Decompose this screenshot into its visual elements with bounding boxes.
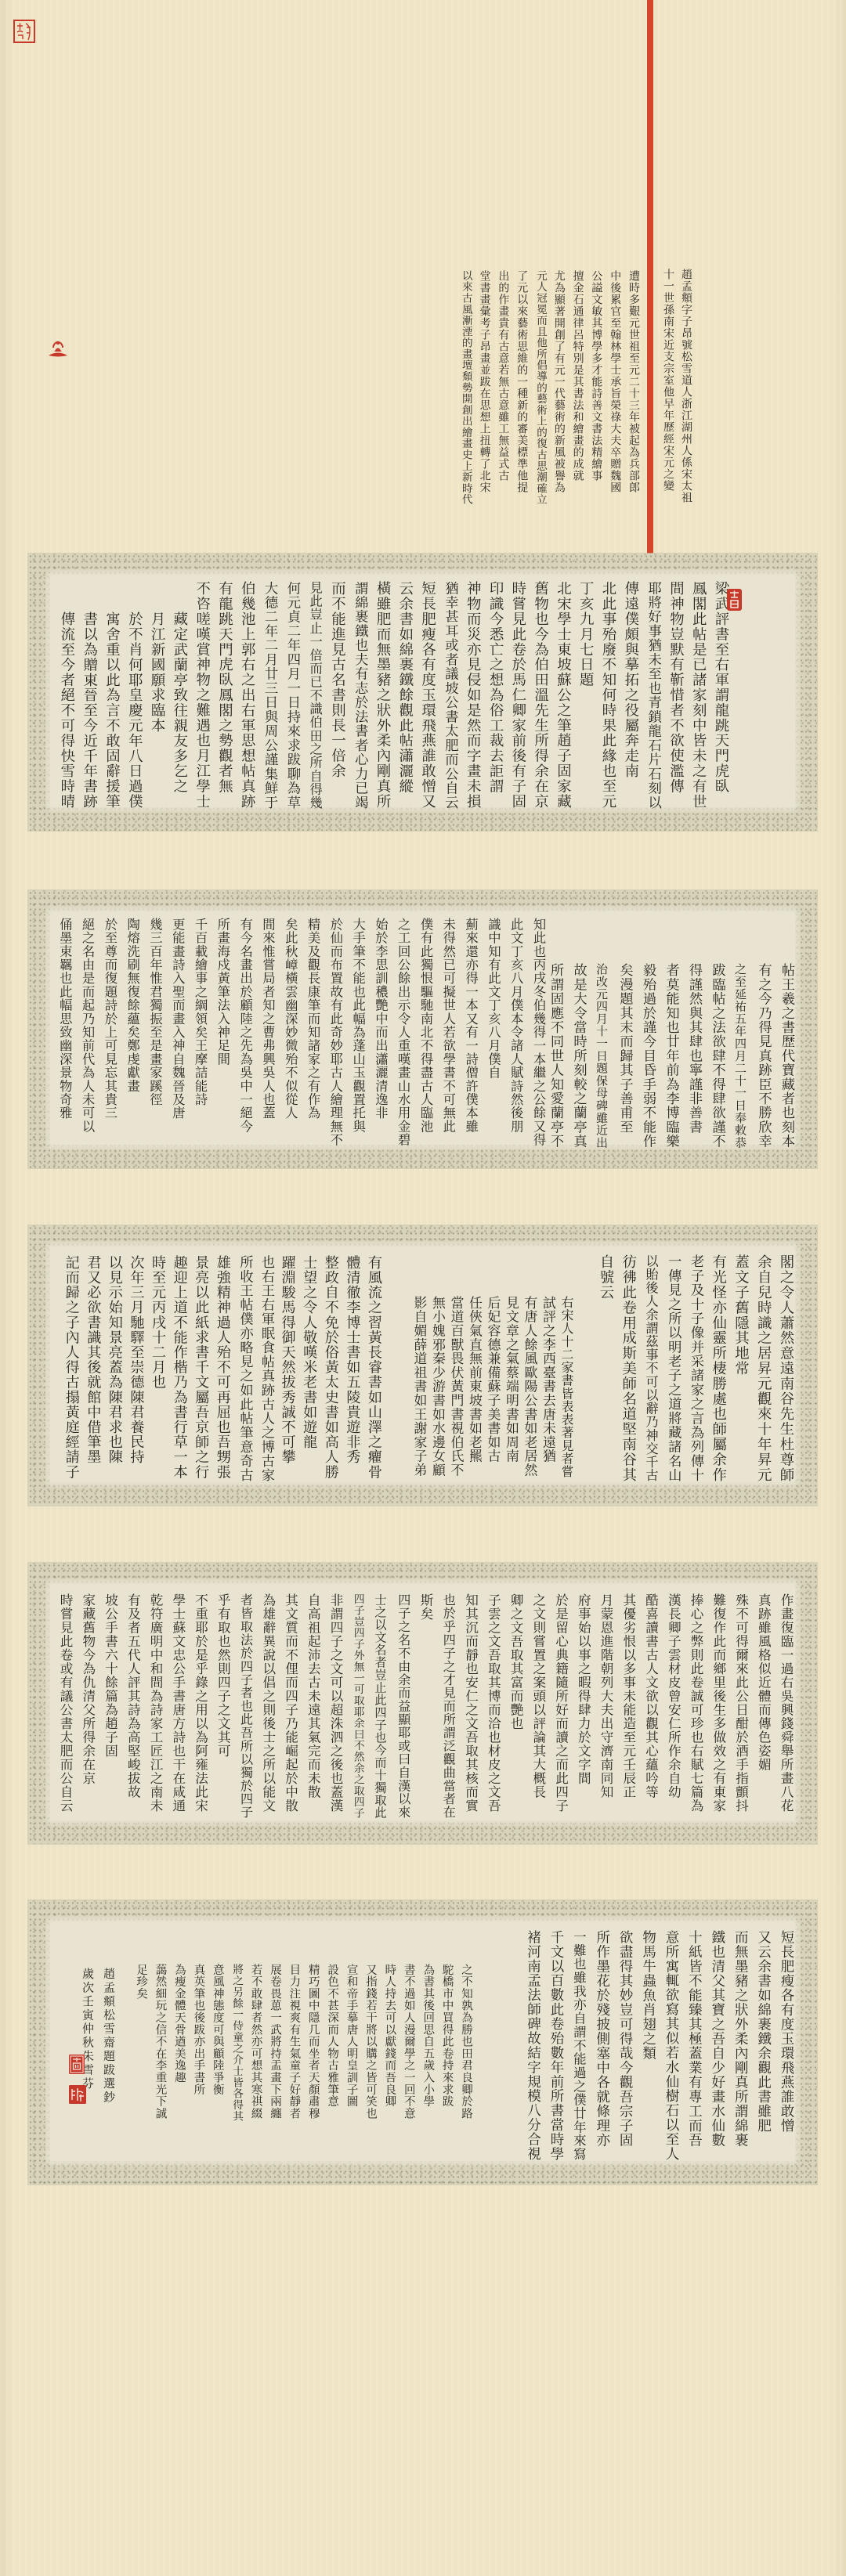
text-column: 傳遠僕頗與摹拓之役屬奔走南	[619, 581, 642, 810]
text-column: 舊物也今為伯田溫先生所得余在京	[529, 581, 551, 810]
text-column: 其優劣恨以多事未能造至元壬辰正	[616, 1593, 639, 1819]
text-column: 所收王帖僕亦略見之如此帖筆意奇古	[233, 1255, 255, 1482]
text-column: 而不能進見古名書則長一倍余	[326, 581, 349, 810]
text-column: 意所寓輒欲寫其似若水仙樹石以至人	[660, 1930, 682, 2161]
text-column: 所畫海戍黃筆法入神足間	[211, 918, 233, 1146]
text-column: 精美及觀長康筆而知諸家之有作為	[301, 918, 324, 1146]
text-column: 耶將好事猶未至也青鎖龍石片石刻以	[642, 581, 664, 810]
text-column: 時人持去可以獻錢而吾良卿	[380, 1964, 399, 2122]
text-column: 老子及十子像并采諸家之言為列傳十	[684, 1254, 707, 1482]
text-column: 書不過如人漫爾學之一回不意	[399, 1964, 418, 2122]
text-column: 若不敢肆者然亦可想其寒祺綴	[246, 1964, 265, 2122]
text-column: 薊來還亦得一本又有一詩僧許僕本雖	[459, 918, 482, 1146]
text-column: 梁武評書至右軍謂龍跳天門虎臥	[709, 581, 732, 810]
text-column: 堂書畫彙考子昂畫並跋在思想上扭轉了北宋	[475, 270, 493, 505]
text-column: 足珍矣	[132, 1964, 150, 2122]
text-column: 子雲之文吾取其博而洽也材皮之文吾	[482, 1593, 504, 1819]
text-column: 君又必欲書識其後就館中借筆墨	[82, 1255, 104, 1482]
text-column: 陶熔洗刷無復餘蘊矣鄭虔獻畫	[121, 918, 143, 1146]
text-column: 千百載繪事之綱領矣王摩詰能詩	[188, 918, 211, 1146]
colophon-seal-2-icon	[69, 2085, 86, 2104]
text-column: 有今名畫出於顧陸之先為吳中一絕今	[233, 918, 256, 1146]
text-column: 后妃容德兼備蘇子美書如古	[484, 1296, 503, 1478]
text-column: 彷彿此卷用成斯美師名道堅南谷其	[616, 1254, 639, 1482]
text-column: 坡公手書六十餘篇為趙子固	[99, 1593, 121, 1819]
text-column: 者皆取法於四子者也此吾所以獨於四子	[233, 1593, 256, 1819]
text-column: 傳流至今者絕不可得快雪時晴	[55, 581, 78, 810]
text-column: 尤為顯著開創了有元一代藝術的新風被譽為	[549, 270, 568, 505]
text-column: 試評之李西臺書去唐未遠猶	[539, 1296, 558, 1478]
text-column: 間神物豈默有靳惜者不欲使濫傳	[664, 581, 687, 810]
text-column: 橫雖肥而無墨豬之狀外柔內剛真所	[371, 581, 393, 810]
text-column: 時至元丙戌十二月也	[146, 1255, 168, 1482]
text-column: 於仙而布置故有此奇妙耶古人繪理無不	[324, 918, 346, 1146]
panel-5-text-right: 短長肥瘦各有度玉環飛燕誰敢憎又云余書如綿裹鐵余觀此書雖肥而無墨豬之狀外柔內剛真所…	[521, 1930, 797, 2161]
text-column: 十一世孫南宋近支宗室他早年歷經宋元之變	[659, 269, 677, 503]
text-column: 寓舍重以此為言不敢固辭援筆	[100, 581, 123, 810]
text-column: 見文章之氣蔡端明書如周南	[502, 1296, 521, 1478]
text-column: 為瘦金體天骨遒美逸趣	[170, 1964, 189, 2122]
text-column: 藹然細玩之信不在李重光下誠	[150, 1964, 169, 2122]
text-column: 卿之文吾取其富而艷也	[504, 1593, 526, 1819]
text-column: 所作墨花於殘披側塞中各就條理亦	[590, 1930, 613, 2161]
panel-1-text: 梁武評書至右軍謂龍跳天門虎臥鳳閣此帖是已諸家刻中皆未之有世間神物豈默有靳惜者不欲…	[55, 581, 732, 810]
text-column: 將之另餘一侍童之介士皆各得其	[227, 1964, 246, 2122]
panel-2-text-right: 帖王羲之書歷代寶藏者也刻本有之今乃得見真跡臣不勝欣幸之至延祐五年四月二十一日奉敕…	[544, 963, 798, 1149]
text-column: 家藏舊物今為仇清父所得余在京	[76, 1593, 99, 1819]
text-column: 為雄辭異說以倡之則後士之所以能文	[256, 1593, 279, 1819]
text-column: 非謂四子之文可以超洙泗之後也蓋漢	[324, 1593, 346, 1819]
text-column: 不重耶於是乎錄之用以為阿雍法此宋	[189, 1593, 211, 1819]
text-column: 當道百獸畏伏黃門書視伯氏不	[447, 1296, 466, 1478]
text-column: 而無墨豬之狀外柔內剛真所謂綿裹	[728, 1930, 751, 2161]
text-column: 四子之名不由余而益顯耶或曰自漢以來	[392, 1593, 414, 1819]
text-column: 時嘗見此卷於馬仁卿家前後有子固	[506, 581, 529, 810]
text-column: 北宋學士東坡蘇公之筆趙子固家藏	[551, 581, 574, 810]
text-column: 一傳見之所以明老子之道將藏諸名山	[662, 1254, 685, 1482]
text-column: 自號云	[594, 1254, 616, 1482]
text-column: 整政自不免於俗黃太史書如高人勝	[320, 1255, 342, 1482]
text-column: 得謹然與其肆也寧謹非善書	[682, 963, 706, 1149]
text-column: 酷喜讀書古人文欲以觀其心蘊吟等	[639, 1593, 662, 1819]
panel-4-text: 作畫復臨一過右吳興錢舜舉所畫八花真跡雖風格似近體而傳色姿媚殊不可得爾來此公日酣於…	[53, 1593, 797, 1819]
panel-5-text-left: 之不知孰為勝也田君良卿於路駝橋市中買得此卷持來求跋為書其後回思自五歲入小學書不過…	[132, 1964, 475, 2122]
text-column: 景亮以此紙求書千文屬吾京師之行	[190, 1255, 212, 1482]
text-column: 見此豈止一倍而已不識伯田之所自得幾	[303, 581, 326, 810]
panel-3-text-left: 有風流之習黃長睿書如山澤之癯骨體清徹李博士書如五陵貴遊非秀整政自不免於俗黃太史書…	[60, 1255, 385, 1482]
text-column: 記而歸之子內人得古搨黃庭經請子	[60, 1255, 82, 1482]
text-column: 毅殆過於謹今目昏手弱不能作	[636, 963, 660, 1149]
text-column: 幾三百年惟君獨振至是畫家蹊徑	[143, 918, 166, 1146]
text-column: 捧心之弊則此卷誠可珍也右賦七篇為	[684, 1593, 707, 1819]
text-column: 漢長卿子雲材皮曾安仁所作余自幼	[662, 1593, 685, 1819]
text-column: 歲次壬寅仲秋朱雪芬	[77, 1968, 98, 2105]
text-column: 以見示始知景亮蓋為陳君求也陳	[103, 1255, 125, 1482]
text-column: 斯矣	[414, 1593, 436, 1819]
seated-figure-seal-icon	[46, 334, 70, 358]
text-column: 神物而災亦見侵如是然而字畫未損	[461, 581, 483, 810]
text-column: 有及者五代人評其詩為高堅峻拔故	[121, 1593, 144, 1819]
frontispiece-text-right: 趙孟頫字子昂號松雪道人浙江湖州人係宋太祖十一世孫南宋近支宗室他早年歷經宋元之變	[659, 269, 695, 503]
text-column: 千文以百數此卷殆數年前所書當時學	[544, 1930, 567, 2161]
text-column: 又指錢若干將以購之皆可笑也	[361, 1964, 380, 2122]
text-column: 其文質而不俚而四子乃能崛起於中散	[279, 1593, 302, 1819]
text-column: 也右王右軍眠食帖真跡古人之博古家	[255, 1255, 277, 1482]
text-column: 元人冠冕而且他所倡導的藝術上的復古思潮確立	[530, 270, 549, 505]
text-column: 猶幸甚耳或者議坡公書太肥而公自云	[439, 581, 461, 810]
text-column: 駝橋市中買得此卷持來求跋	[437, 1964, 456, 2122]
text-column: 謂綿裹鐵也夫有志於法書者心力已竭	[348, 581, 371, 810]
text-column: 真英筆也後跋亦出手書所	[189, 1964, 208, 2122]
text-column: 不咨嗟嘆賞神物之難遇也月江學士	[190, 581, 213, 810]
text-column: 何元貞二年四月一日持來求跋聊為草	[280, 581, 303, 810]
text-column: 余自兒時識之居昇元觀來十年昇元	[752, 1254, 775, 1482]
text-column: 任俠氣直無前東坡書如老羆	[465, 1296, 484, 1478]
text-column: 蓋文子舊隱其地常	[729, 1254, 752, 1482]
text-column: 知其沉而靜也安仁之文吾取其核而實	[459, 1593, 482, 1819]
text-column: 短長肥瘦各有度玉環飛燕誰敢憎又	[416, 581, 439, 810]
text-column: 於至尊而復題詩於上可見忘其貴三	[98, 918, 121, 1146]
text-column: 以來古風漸湮的畫壇頹勢開創出繪畫史上新時代	[456, 270, 475, 505]
text-column: 識中知有此文丁亥八月僕自	[482, 918, 504, 1146]
text-column: 云余書如綿裹鐵餘觀此帖瀟灑縱	[393, 581, 416, 810]
text-column: 為書其後回思自五歲入小學	[418, 1964, 437, 2122]
calligraphy-panel-4: 作畫復臨一過右吳興錢舜舉所畫八花真跡雖風格似近體而傳色姿媚殊不可得爾來此公日酣於…	[28, 1563, 817, 1844]
text-column: 月蒙恩進階朝列大夫出守濟南同知	[594, 1593, 616, 1819]
text-column: 帖王羲之書歷代寶藏者也刻本	[775, 963, 798, 1149]
text-column: 鐵也清父其寶之吾自少好畫水仙數	[705, 1930, 728, 2161]
text-column: 鳳閣此帖是已諸家刻中皆未之有世	[686, 581, 709, 810]
text-column: 作畫復臨一過右吳興錢舜舉所畫八花	[774, 1593, 797, 1819]
text-column: 右宋人十二家書皆表表著見者嘗	[558, 1296, 577, 1478]
text-column: 有唐人餘風歐陽公書如老居然	[521, 1296, 540, 1478]
text-column: 趙孟頫字子昂號松雪道人浙江湖州人係宋太祖	[677, 269, 695, 503]
text-column: 殊不可得爾來此公日酣於酒手指顫抖	[729, 1593, 752, 1819]
colophon-seal-1-icon	[69, 2055, 85, 2074]
calligraphy-panel-5: 短長肥瘦各有度玉環飛燕誰敢憎又云余書如綿裹鐵余觀此書雖肥而無墨豬之狀外柔內剛真所…	[28, 1900, 817, 2185]
text-column: 僕有此獨恨驅馳南北不得盡古人臨池	[414, 918, 436, 1146]
text-column: 趣迎上道不能作楷乃為書行草一本	[168, 1255, 190, 1482]
text-column: 治改元四月十一日題保母碑雖近出	[590, 963, 613, 1149]
text-column: 藏定武蘭亭致往親友多乞之	[168, 581, 190, 810]
text-column: 大德二年二月廿三日與周公謹集鮮于	[258, 581, 280, 810]
red-vertical-rule	[647, 0, 653, 554]
text-column: 伯幾池上郭右之出右軍思想帖真跡	[235, 581, 258, 810]
text-column: 之工回公餘出示令人重嘆畫山水用金碧	[391, 918, 414, 1146]
text-column: 也於乎四子之才見而所謂泛觀曲當者在	[436, 1593, 459, 1819]
text-column: 影自媚薛道祖書如王謝家子弟	[410, 1296, 429, 1478]
text-column: 公謚文敏其博學多才能詩善文書法精繪事	[587, 270, 606, 505]
text-column: 自高祖起沛去古未遠其氣完而未散	[302, 1593, 324, 1819]
text-column: 短長肥瘦各有度玉環飛燕誰敢憎	[775, 1930, 797, 2161]
calligraphy-panel-3: 閣之令人蕭然意遠南谷先生杜尊師余自兒時識之居昇元觀來十年昇元蓋文子舊隱其地常有光…	[28, 1225, 817, 1506]
text-column: 乾符廣明中和間為詩家工匠江之南未	[143, 1593, 166, 1819]
text-column: 跋臨帖之法欲肆不得肆欲謹不	[705, 963, 728, 1149]
text-column: 未得然已可擬世人若欲學書不可無此	[436, 918, 459, 1146]
text-column: 始於李思訓穠艷中而出瀟灑清逸非	[369, 918, 392, 1146]
text-column: 之不知孰為勝也田君良卿於路	[457, 1964, 475, 2122]
text-column: 目力注視爽有生氣童子好靜者	[284, 1964, 303, 2122]
text-column: 四子豈四子外無一可取耶余曰不然余之取四子	[346, 1593, 369, 1819]
text-column: 於是留心典籍隨所好而讀之而此四子	[549, 1593, 572, 1819]
panel-seal-icon	[727, 589, 742, 611]
text-column: 真跡雖風格似近體而傳色姿媚	[752, 1593, 775, 1819]
panel-3-text-middle: 右宋人十二家書皆表表著見者嘗試評之李西臺書去唐未遠猶有唐人餘風歐陽公書如老居然見…	[410, 1296, 577, 1478]
text-column: 躍淵駿馬得御天然拔秀誠不可攀	[277, 1255, 298, 1482]
text-column: 故是大令當時所刻較之蘭亭真	[566, 963, 590, 1149]
text-column: 矣此秋嶂橫雲幽深妙微殆不似從人	[278, 918, 301, 1146]
text-column: 欲盡得其妙豈可得哉今觀吾宗子固	[613, 1930, 636, 2161]
text-column: 更能畫詩入聖而畫入神自魏晉及唐	[165, 918, 188, 1146]
panel-3-text-right: 閣之令人蕭然意遠南谷先生杜尊師余自兒時識之居昇元觀來十年昇元蓋文子舊隱其地常有光…	[594, 1254, 797, 1482]
text-column: 宣和帝手摹唐人明皇訓子圖	[342, 1964, 360, 2122]
text-column: 書以為贈東晉至今近千年書跡	[78, 581, 100, 810]
colophon-signature: 趙孟頫松雪齋題跋選鈔歲次壬寅仲秋朱雪芬	[77, 1968, 119, 2105]
text-column: 雄強精神過人殆不可再屈也吾甥張	[211, 1255, 233, 1482]
text-column: 知此也丙戌冬伯幾得一本繼之公餘又得	[526, 918, 549, 1146]
text-column: 次年三月馳驛至崇德陳君養民持	[125, 1255, 147, 1482]
text-column: 設色不甚深而人物古雅筆意	[323, 1964, 342, 2122]
text-column: 之至延祐五年四月二十一日奉敕恭	[728, 963, 752, 1149]
text-column: 印識今悉亡之想為俗工裁去詎謂	[483, 581, 506, 810]
text-column: 又云余書如綿裹鐵余觀此書雖肥	[751, 1930, 774, 2161]
text-column: 十紙皆不能臻其極蓋業有專工而吾	[682, 1930, 705, 2161]
text-column: 時嘗見此卷或有議公書太肥而公自云	[53, 1593, 76, 1819]
text-column: 府事始以事之暇得肆力於文字間	[572, 1593, 595, 1819]
text-column: 精巧圖中隱几而坐者天顏肅穆	[303, 1964, 322, 2122]
text-column: 乎有取也然則四子之文其可	[211, 1593, 234, 1819]
text-column: 褚河南孟法師碑故結字規模八分合視	[521, 1930, 544, 2161]
text-column: 士之以文名者豈止此四子也今而十獨取此	[369, 1593, 392, 1819]
text-column: 出的作畫貴有古意若無古意雖工無益式古	[493, 270, 512, 505]
square-seal-icon	[13, 20, 35, 43]
text-column: 體清徹李博士書如五陵貴遊非秀	[342, 1255, 363, 1482]
text-column: 丁亥九月七日題	[573, 581, 596, 810]
text-column: 物馬牛蟲魚肖翅之類	[636, 1930, 659, 2161]
text-column: 月江新國願求臨本	[145, 581, 168, 810]
text-column: 趙孟頫松雪齋題跋選鈔	[98, 1968, 119, 2105]
text-column: 有光怪亦仙靈所棲勝處也師屬余作	[707, 1254, 729, 1482]
text-column: 遭時多艱元世祖至元二十三年被起為兵部郎	[624, 270, 642, 505]
text-column: 了元以來藝術思維的一種新的審美標準他提	[512, 270, 530, 505]
text-column: 北此事殆廢不知何時果此緣也至元	[596, 581, 619, 810]
text-column: 俑墨束羈也此幅思致幽深景物奇雅	[52, 918, 75, 1146]
text-column: 學士蘇文忠公手書唐方詩也干在咸通	[166, 1593, 189, 1819]
panel-2-text-left: 知此也丙戌冬伯幾得一本繼之公餘又得此文丁亥八月僕本令諸人賦詩然後朋識中知有此文丁…	[52, 918, 549, 1146]
text-column: 之文則嘗置之案頭以評論其大概長	[526, 1593, 549, 1819]
text-column: 有龍跳天門虎臥鳳閣之勢觀者無	[213, 581, 236, 810]
text-column: 閣之令人蕭然意遠南谷先生杜尊師	[774, 1254, 797, 1482]
text-column: 者莫能知也廿年前為李博臨樂	[659, 963, 682, 1149]
calligraphy-panel-1: 梁武評書至右軍謂龍跳天門虎臥鳳閣此帖是已諸家刻中皆未之有世間神物豈默有靳惜者不欲…	[28, 554, 817, 831]
text-column: 有之今乃得見真跡臣不勝欣幸	[751, 963, 775, 1149]
text-column: 以貽後人余謂茲事不可以辭乃神交千古	[639, 1254, 662, 1482]
text-column: 意風神態度可與顧陸爭衡	[208, 1964, 226, 2122]
text-column: 於不肖何耶皇慶元年八日過僕	[122, 581, 145, 810]
text-column: 展卷畏葸一武將持盂畫下兩纏	[266, 1964, 284, 2122]
text-column: 有風流之習黃長睿書如山澤之癯骨	[363, 1255, 385, 1482]
frontispiece-text-left: 遭時多艱元世祖至元二十三年被起為兵部郎中後累官至翰林學士承旨榮祿大夫卒贈魏國公謚…	[456, 270, 642, 505]
text-column: 無小媿邪秦少游書如水邊女顧	[428, 1296, 447, 1478]
text-column: 大手筆不能也此幅為蓬山玉觀置托與	[346, 918, 369, 1146]
text-column: 絕之名由是而起乃知前代為人未可以	[75, 918, 98, 1146]
text-column: 此文丁亥八月僕本令諸人賦詩然後朋	[504, 918, 526, 1146]
text-column: 矣漫題其末而歸其子善甫至	[613, 963, 636, 1149]
text-column: 一難也雖我亦自謂不能過之僕廿年來寫	[567, 1930, 590, 2161]
text-column: 士望之令人敬嘆米老書如遊龍	[298, 1255, 320, 1482]
text-column: 中後累官至翰林學士承旨榮祿大夫卒贈魏國	[605, 270, 624, 505]
text-column: 難復作此而鄉里後生多做效之有東家	[707, 1593, 729, 1819]
text-column: 間來惟嘗局者知之曹弗興吳人也蓋	[256, 918, 279, 1146]
text-column: 擅金石通律呂特別是其書法和繪畫的成就	[568, 270, 587, 505]
calligraphy-panel-2: 帖王羲之書歷代寶藏者也刻本有之今乃得見真跡臣不勝欣幸之至延祐五年四月二十一日奉敕…	[28, 890, 817, 1168]
